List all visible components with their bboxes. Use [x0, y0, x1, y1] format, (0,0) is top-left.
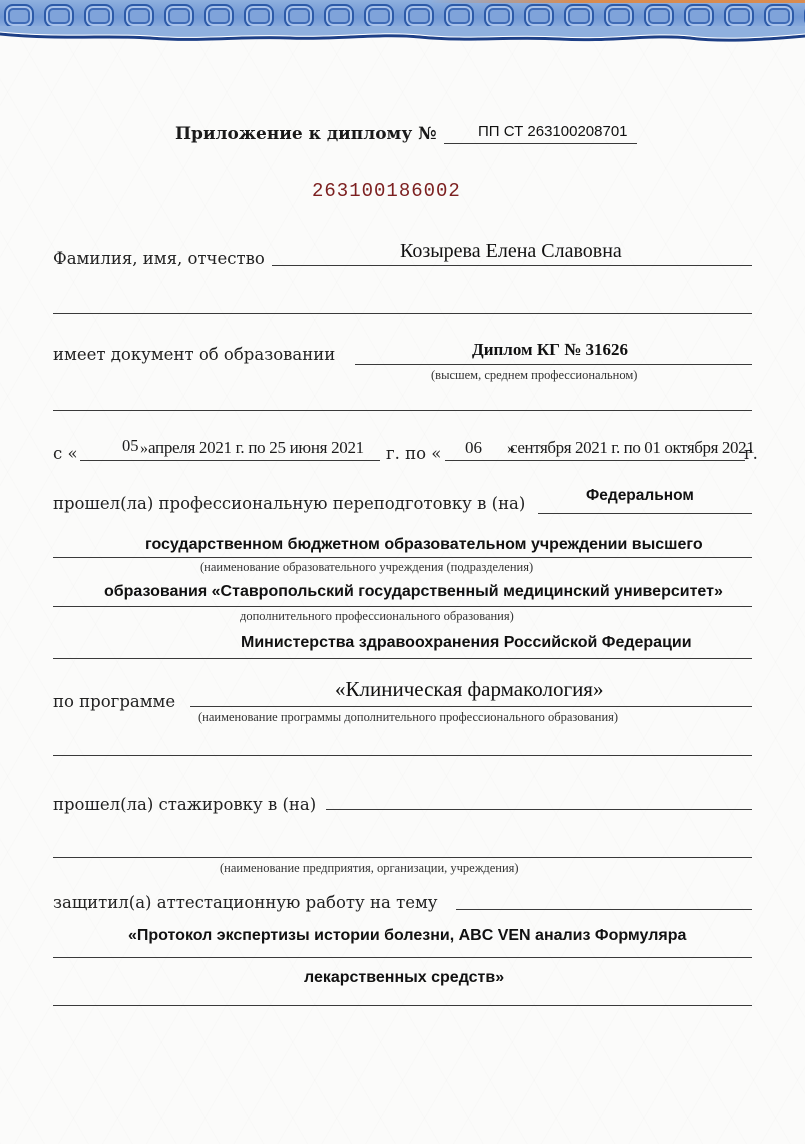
education-doc-label: имеет документ об образовании: [53, 345, 335, 364]
institution-line-2: государственном бюджетном образовательно…: [145, 536, 703, 554]
thesis-label: защитил(а) аттестационную работу на тему: [53, 893, 438, 912]
border-ornament: [44, 4, 74, 28]
thesis-line-2-rule: [53, 1005, 752, 1006]
border-ornament: [164, 4, 194, 28]
thesis-line-2: лекарственных средств»: [304, 969, 504, 987]
border-ornament: [484, 4, 514, 28]
border-ornament: [284, 4, 314, 28]
institution-line-3: образования «Ставропольский государствен…: [104, 583, 723, 601]
border-ornament: [324, 4, 354, 28]
border-ornament: [444, 4, 474, 28]
border-ornament: [524, 4, 554, 28]
institution-line-1-rule: [538, 513, 752, 514]
diploma-number-line: [444, 143, 637, 144]
program-line-2: [53, 755, 752, 756]
period-to-suffix: г.: [744, 444, 758, 463]
diploma-number: ПП СТ 263100208701: [478, 123, 628, 140]
period-to-line: [445, 460, 745, 461]
education-doc-line-2: [53, 410, 752, 411]
border-ornament: [244, 4, 274, 28]
institution-line-2-rule: [53, 557, 752, 558]
education-doc-value: Диплом КГ № 31626: [472, 340, 628, 360]
period-from-prefix: с «: [53, 444, 78, 463]
full-name-value: Козырева Елена Славовна: [400, 240, 622, 263]
full-name-line-2: [53, 313, 752, 314]
period-to-day: 06: [465, 438, 482, 458]
period-from-quote: »: [140, 440, 148, 458]
institution-line-4: Министерства здравоохранения Российской …: [241, 634, 692, 652]
retraining-label: прошел(ла) профессиональную переподготов…: [53, 494, 525, 513]
border-ornament: [404, 4, 434, 28]
internship-line: [326, 809, 752, 810]
thesis-line-1: «Протокол экспертизы истории болезни, AB…: [128, 927, 686, 945]
thesis-line: [456, 909, 752, 910]
border-ornament: [84, 4, 114, 28]
document-title: Приложение к диплому №: [175, 124, 437, 144]
period-to-prefix: г. по «: [386, 444, 441, 463]
thesis-line-1-rule: [53, 957, 752, 958]
border-pattern: [0, 2, 805, 28]
border-ornament: [564, 4, 594, 28]
period-from-line: [80, 460, 380, 461]
border-ornament: [124, 4, 154, 28]
program-line: [190, 706, 752, 707]
internship-line-2: [53, 857, 752, 858]
period-from-day: 05: [122, 436, 139, 456]
border-ornament: [764, 4, 794, 28]
border-ornament: [684, 4, 714, 28]
border-ornament: [724, 4, 754, 28]
institution-hint-2: дополнительного профессионального образо…: [240, 609, 514, 624]
full-name-label: Фамилия, имя, отчество: [53, 249, 265, 268]
education-doc-line: [355, 364, 752, 365]
institution-line-1: Федеральном: [586, 487, 694, 505]
border-ornament: [644, 4, 674, 28]
serial-number: 263100186002: [312, 180, 461, 202]
period-to-value: сентября 2021 г. по 01 октября 2021: [510, 438, 754, 458]
border-ornament: [4, 4, 34, 28]
border-ornament: [364, 4, 394, 28]
education-doc-hint: (высшем, среднем профессиональном): [431, 368, 637, 383]
internship-hint: (наименование предприятия, организации, …: [220, 861, 519, 876]
border-ornament: [604, 4, 634, 28]
border-wave-edge: [0, 26, 805, 44]
internship-label: прошел(ла) стажировку в (на): [53, 795, 316, 814]
institution-line-3-rule: [53, 606, 752, 607]
program-hint: (наименование программы дополнительного …: [198, 710, 618, 725]
program-label: по программе: [53, 692, 175, 711]
program-value: «Клиническая фармакология»: [335, 677, 603, 702]
institution-hint-1: (наименование образовательного учреждени…: [200, 560, 533, 575]
document-page: Приложение к диплому № ПП СТ 26310020870…: [0, 0, 805, 1144]
full-name-line: [272, 265, 752, 266]
institution-line-4-rule: [53, 658, 752, 659]
period-from-value: апреля 2021 г. по 25 июня 2021: [148, 438, 364, 458]
border-ornament: [204, 4, 234, 28]
